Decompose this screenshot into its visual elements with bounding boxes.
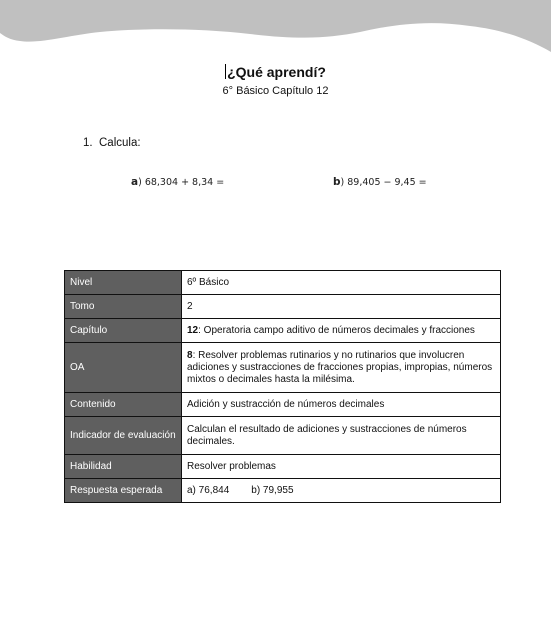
table-row-nivel: Nivel 6º Básico <box>65 271 501 295</box>
row-value: 6º Básico <box>182 271 501 295</box>
row-label: Contenido <box>65 393 182 417</box>
row-value: 2 <box>182 295 501 319</box>
row-label: Tomo <box>65 295 182 319</box>
chapter-number: 12 <box>187 325 198 336</box>
row-value: 8: Resolver problemas rutinarios y no ru… <box>182 343 501 393</box>
table-row-habilidad: Habilidad Resolver problemas <box>65 455 501 479</box>
row-value: Resolver problemas <box>182 455 501 479</box>
exercise-expression: ) 68,304 + 8,34 = <box>138 177 224 188</box>
exercise-a: a) 68,304 + 8,34 = <box>131 176 224 188</box>
oa-description: : Resolver problemas rutinarios y no rut… <box>187 350 492 385</box>
page-title-text: ¿Qué aprendí? <box>227 64 326 80</box>
chapter-description: : Operatoria campo aditivo de números de… <box>198 325 475 336</box>
exercise-letter: b <box>333 176 341 188</box>
row-label: Indicador de evaluación <box>65 417 182 455</box>
table-row-oa: OA 8: Resolver problemas rutinarios y no… <box>65 343 501 393</box>
exercise-expression: ) 89,405 − 9,45 = <box>341 177 427 188</box>
table-row-capitulo: Capítulo 12: Operatoria campo aditivo de… <box>65 319 501 343</box>
row-label: Capítulo <box>65 319 182 343</box>
page-subtitle: 6° Básico Capítulo 12 <box>0 84 551 98</box>
exercise-b: b) 89,405 − 9,45 = <box>333 176 427 188</box>
row-value: 12: Operatoria campo aditivo de números … <box>182 319 501 343</box>
row-label: Habilidad <box>65 455 182 479</box>
page-header: ¿Qué aprendí? 6° Básico Capítulo 12 <box>0 64 551 98</box>
table-row-indicador: Indicador de evaluación Calculan el resu… <box>65 417 501 455</box>
row-value: a) 76,844b) 79,955 <box>182 479 501 503</box>
row-value: Calculan el resultado de adiciones y sus… <box>182 417 501 455</box>
table-row-tomo: Tomo 2 <box>65 295 501 319</box>
row-label: OA <box>65 343 182 393</box>
page-title: ¿Qué aprendí? <box>225 64 326 81</box>
question-instruction: Calcula: <box>99 137 141 149</box>
row-value: Adición y sustracción de números decimal… <box>182 393 501 417</box>
row-label: Nivel <box>65 271 182 295</box>
table-row-contenido: Contenido Adición y sustracción de númer… <box>65 393 501 417</box>
curriculum-info-table: Nivel 6º Básico Tomo 2 Capítulo 12: Oper… <box>64 270 501 503</box>
answer-a: a) 76,844 <box>187 485 229 496</box>
question-1: 1.Calcula: <box>83 137 141 149</box>
header-wave-decoration <box>0 0 551 60</box>
table-row-respuesta: Respuesta esperada a) 76,844b) 79,955 <box>65 479 501 503</box>
answer-b: b) 79,955 <box>251 485 293 496</box>
text-cursor-icon <box>225 64 226 79</box>
question-number: 1. <box>83 137 99 149</box>
row-label: Respuesta esperada <box>65 479 182 503</box>
